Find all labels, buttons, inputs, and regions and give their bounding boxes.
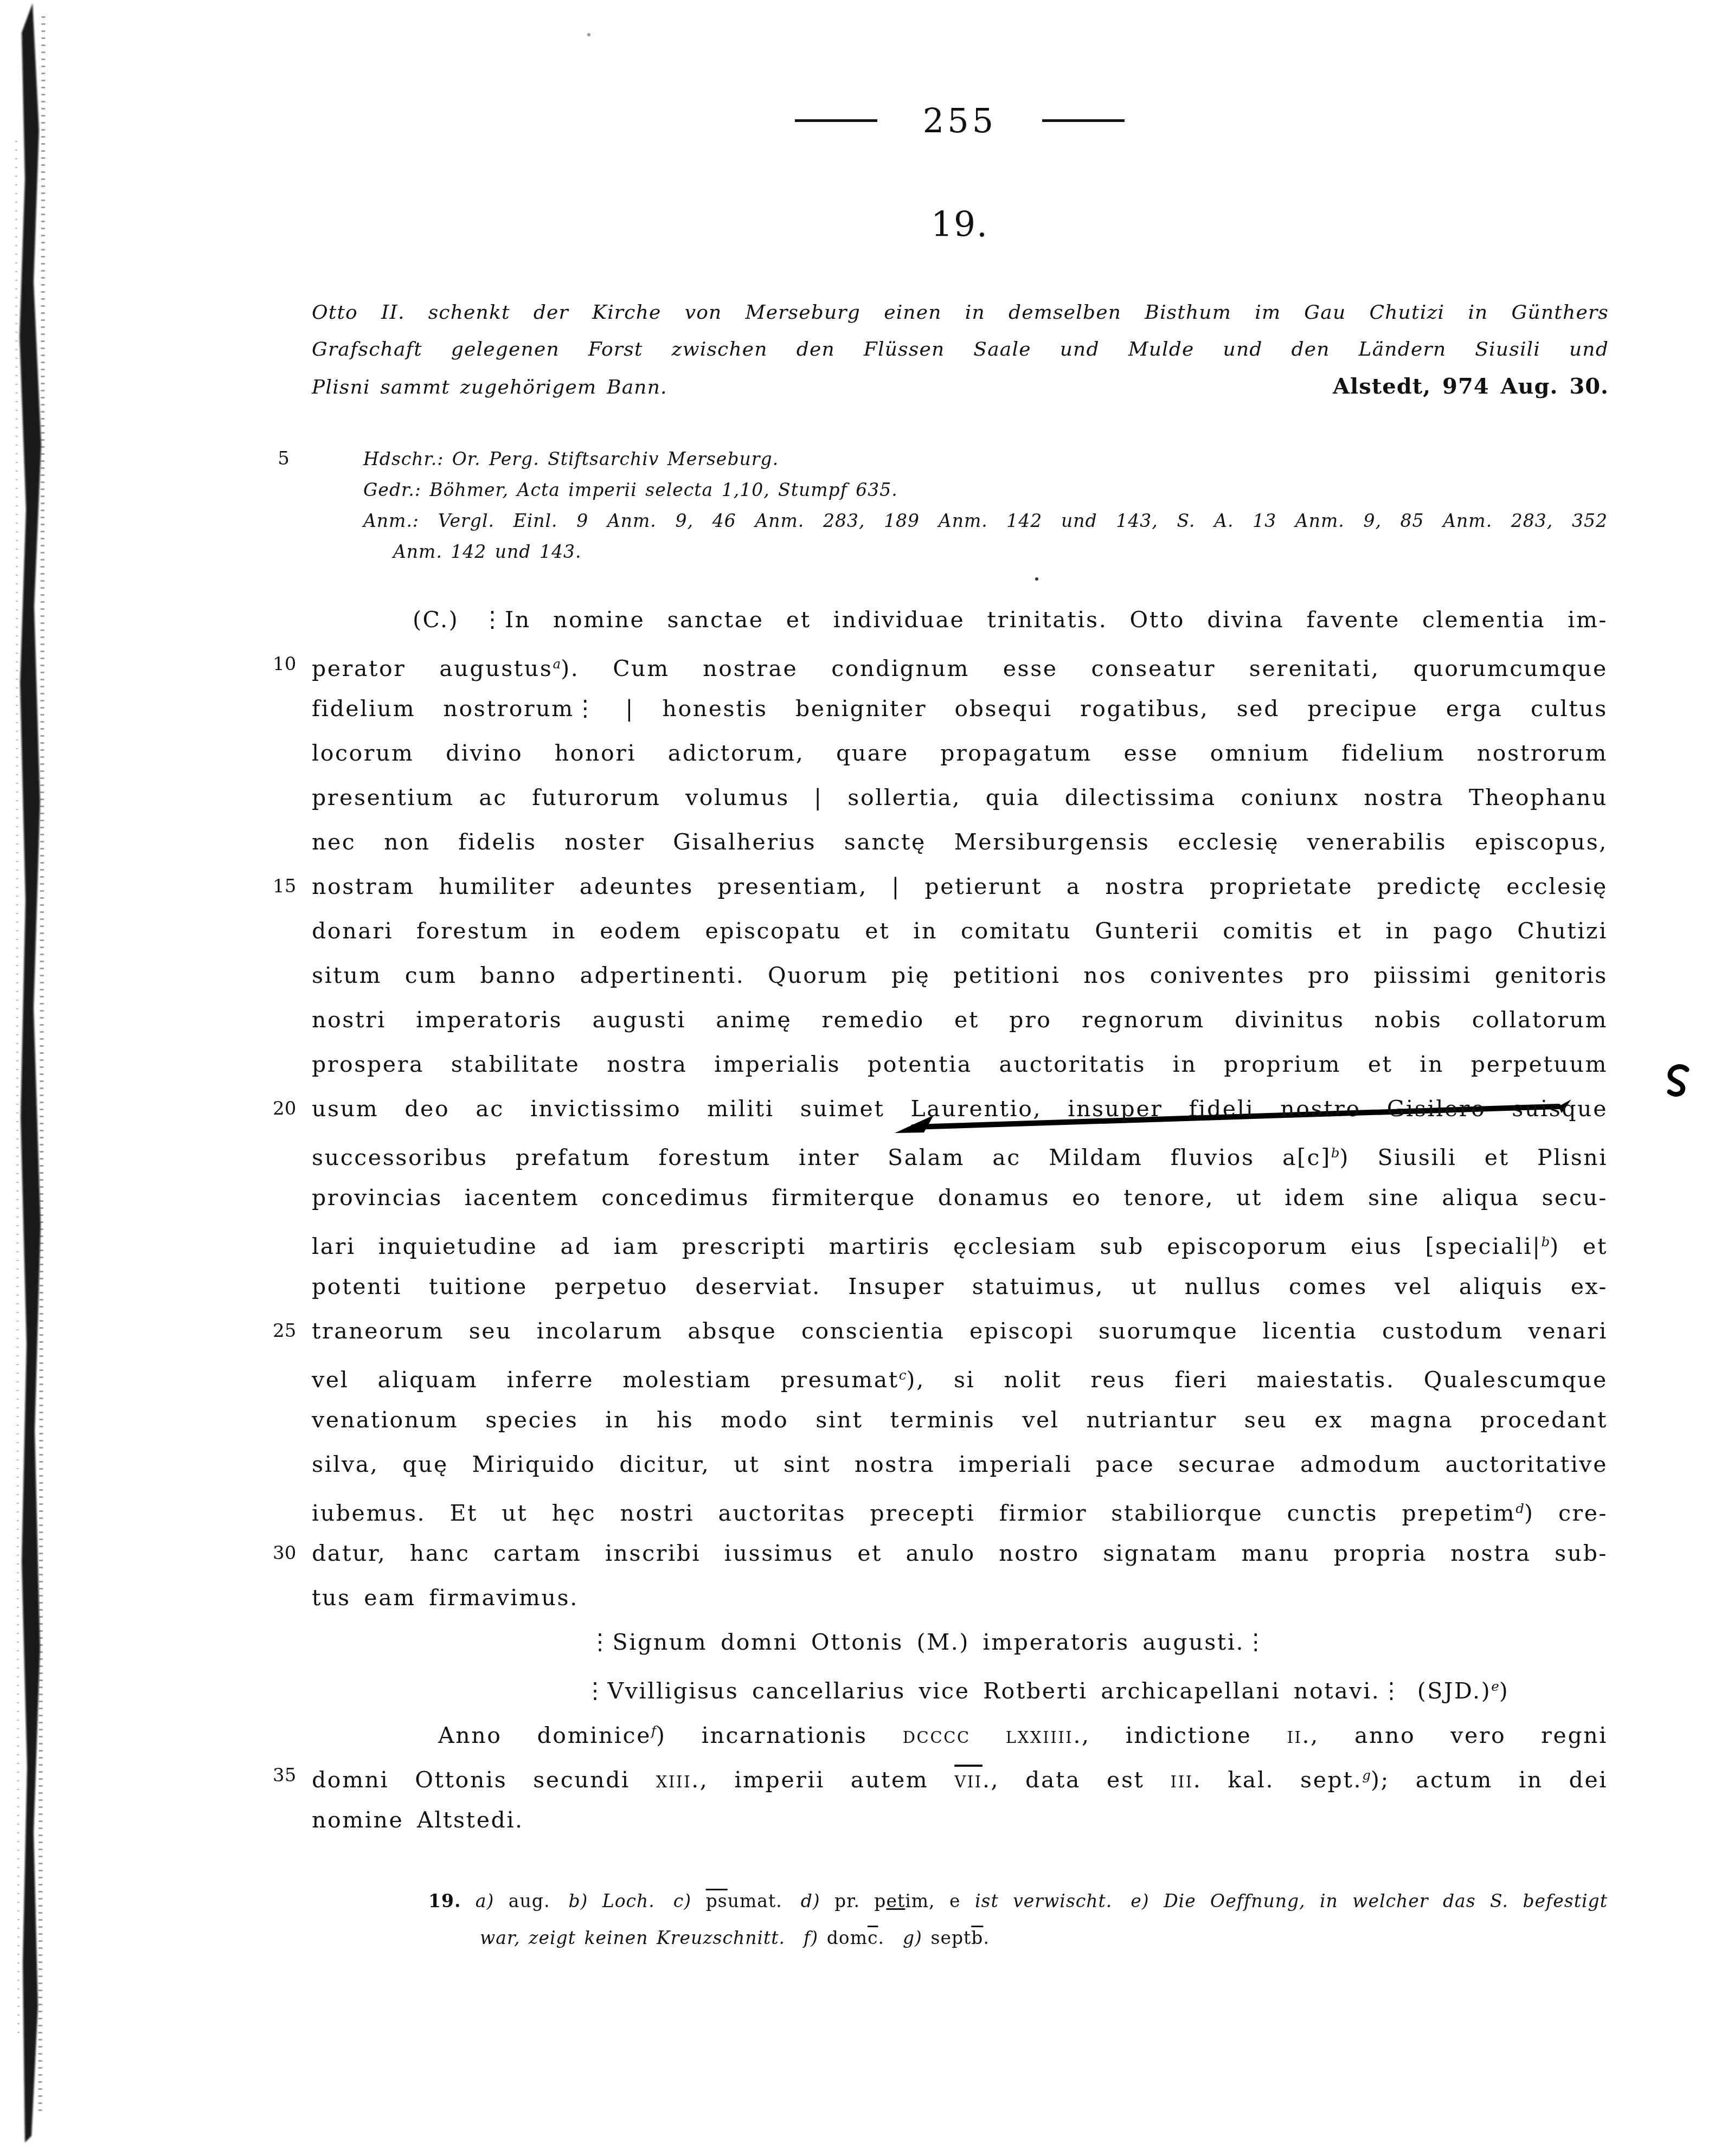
body-line-text: donari forestum in eodem episcopatu et i… bbox=[312, 918, 1608, 944]
summary-line: Grafschaft gelegenen Forst zwischen den … bbox=[312, 331, 1609, 368]
regest-summary: Otto II. schenkt der Kirche von Mersebur… bbox=[312, 294, 1609, 406]
body-line-text: fidelium nostrorum⋮ | honestis benignite… bbox=[312, 696, 1608, 722]
footnote-line: war, zeigt keinen Kreuzschnitt. f) domc.… bbox=[428, 1920, 1608, 1957]
body-line: 20usum deo ac invictissimo militi suimet… bbox=[312, 1086, 1608, 1131]
page-header: 255 bbox=[312, 101, 1608, 140]
body-line: venationum species in his modo sint term… bbox=[312, 1398, 1608, 1442]
body-line: 35domni Ottonis secundi xiii., imperii a… bbox=[312, 1753, 1608, 1798]
source-block: 5Hdschr.: Or. Perg. Stiftsarchiv Mersebu… bbox=[363, 443, 1608, 567]
body-line-text: perator augustusa). Cum nostrae condignu… bbox=[312, 655, 1608, 681]
body-line: situm cum banno adpertinenti. Quorum pię… bbox=[312, 953, 1608, 997]
body-line-text: ⋮Vvilligisus cancellarius vice Rotberti … bbox=[584, 1678, 1509, 1704]
body-line-text: nostri imperatoris augusti animę remedio… bbox=[312, 1007, 1608, 1033]
body-line: 10perator augustusa). Cum nostrae condig… bbox=[312, 642, 1608, 686]
body-line: (C.) ⋮In nomine sanctae et individuae tr… bbox=[312, 597, 1608, 642]
footnote-block: 19. a) aug. b) Loch. c) psumat. d) pr. p… bbox=[428, 1883, 1608, 1957]
body-line-text: lari inquietudine ad iam prescripti mart… bbox=[312, 1233, 1608, 1259]
body-line-text: nostram humiliter adeuntes presentiam, |… bbox=[312, 873, 1608, 899]
body-line: donari forestum in eodem episcopatu et i… bbox=[312, 909, 1608, 953]
body-line-text: locorum divino honori adictorum, quare p… bbox=[312, 740, 1608, 766]
body-line-text: prospera stabilitate nostra imperialis p… bbox=[312, 1051, 1608, 1077]
body-line-text: (C.) ⋮In nomine sanctae et individuae tr… bbox=[413, 607, 1608, 633]
source-line: Anm.: Vergl. Einl. 9 Anm. 9, 46 Anm. 283… bbox=[363, 505, 1608, 536]
left-scan-band-artifact bbox=[16, 3, 43, 2142]
body-line: Anno dominicef) incarnationis dcccc lxxi… bbox=[312, 1709, 1608, 1753]
document-number: 19. bbox=[312, 205, 1608, 244]
page-number: 255 bbox=[923, 101, 997, 140]
handwritten-s-annotation bbox=[1669, 1067, 1687, 1095]
body-line-text: iubemus. Et ut hęc nostri auctoritas pre… bbox=[312, 1500, 1608, 1526]
summary-line: Otto II. schenkt der Kirche von Mersebur… bbox=[312, 294, 1609, 331]
body-line: lari inquietudine ad iam prescripti mart… bbox=[312, 1220, 1608, 1264]
source-line: 5Hdschr.: Or. Perg. Stiftsarchiv Mersebu… bbox=[363, 443, 1608, 474]
body-line-text: Anno dominicef) incarnationis dcccc lxxi… bbox=[438, 1722, 1608, 1748]
body-line-text: silva, quę Miriquido dicitur, ut sint no… bbox=[312, 1451, 1608, 1477]
body-line: nostri imperatoris augusti animę remedio… bbox=[312, 997, 1608, 1042]
body-line: vel aliquam inferre molestiam presumatc)… bbox=[312, 1353, 1608, 1398]
margin-line-number: 25 bbox=[273, 1309, 300, 1353]
body-line: 25traneorum seu incolarum absque conscie… bbox=[312, 1309, 1608, 1353]
body-line: prospera stabilitate nostra imperialis p… bbox=[312, 1042, 1608, 1086]
place-date: Alstedt, 974 Aug. 30. bbox=[1333, 368, 1609, 405]
body-line-text: presentium ac futurorum volumus | soller… bbox=[312, 784, 1608, 810]
body-line: tus eam firmavimus. bbox=[312, 1575, 1608, 1620]
body-line-text: traneorum seu incolarum absque conscient… bbox=[312, 1318, 1608, 1344]
body-line: provincias iacentem concedimus firmiterq… bbox=[312, 1175, 1608, 1220]
header-rule-left bbox=[795, 119, 877, 122]
margin-line-number: 5 bbox=[268, 443, 290, 474]
body-line: potenti tuitione perpetuo deserviat. Ins… bbox=[312, 1264, 1608, 1309]
body-line: silva, quę Miriquido dicitur, ut sint no… bbox=[312, 1442, 1608, 1486]
margin-line-number: 20 bbox=[273, 1086, 300, 1131]
margin-line-number: 35 bbox=[273, 1753, 300, 1798]
header-rule-right bbox=[1042, 119, 1125, 122]
body-line: iubemus. Et ut hęc nostri auctoritas pre… bbox=[312, 1486, 1608, 1531]
scanned-document-page: 255 19. Otto II. schenkt der Kirche von … bbox=[0, 0, 1721, 2156]
body-line: ⋮Signum domni Ottonis (M.) imperatoris a… bbox=[312, 1620, 1608, 1664]
footnote-line: 19. a) aug. b) Loch. c) psumat. d) pr. p… bbox=[428, 1883, 1608, 1920]
body-line-text: nec non fidelis noster Gisalherius sanct… bbox=[312, 829, 1608, 855]
body-line-text: tus eam firmavimus. bbox=[312, 1585, 579, 1611]
body-line-text: situm cum banno adpertinenti. Quorum pię… bbox=[312, 962, 1608, 988]
body-line: presentium ac futurorum volumus | soller… bbox=[312, 775, 1608, 820]
summary-last-line: Plisni sammt zugehörigem Bann. Alstedt, … bbox=[312, 368, 1609, 406]
margin-line-number: 15 bbox=[273, 864, 300, 909]
body-line: fidelium nostrorum⋮ | honestis benignite… bbox=[312, 686, 1608, 731]
body-line: ⋮Vvilligisus cancellarius vice Rotberti … bbox=[312, 1664, 1608, 1709]
body-line-text: vel aliquam inferre molestiam presumatc)… bbox=[312, 1367, 1608, 1393]
body-line-text: nomine Altstedi. bbox=[312, 1807, 524, 1833]
body-line: locorum divino honori adictorum, quare p… bbox=[312, 731, 1608, 775]
margin-line-number: 10 bbox=[273, 642, 300, 686]
source-line: Anm. 142 und 143. bbox=[363, 536, 1608, 567]
body-line: successoribus prefatum forestum inter Sa… bbox=[312, 1131, 1608, 1175]
body-text: (C.) ⋮In nomine sanctae et individuae tr… bbox=[312, 597, 1608, 1842]
body-line-text: potenti tuitione perpetuo deserviat. Ins… bbox=[312, 1273, 1608, 1299]
ink-speck bbox=[587, 33, 590, 36]
body-line-text: datur, hanc cartam inscribi iussimus et … bbox=[312, 1540, 1608, 1566]
body-line-text: usum deo ac invictissimo militi suimet L… bbox=[312, 1096, 1608, 1122]
body-line-text: successoribus prefatum forestum inter Sa… bbox=[312, 1144, 1608, 1170]
summary-line: Plisni sammt zugehörigem Bann. bbox=[312, 369, 667, 406]
body-line-text: domni Ottonis secundi xiii., imperii aut… bbox=[312, 1767, 1608, 1793]
body-line: nomine Altstedi. bbox=[312, 1798, 1608, 1842]
body-line-text: ⋮Signum domni Ottonis (M.) imperatoris a… bbox=[589, 1629, 1268, 1655]
body-line: nec non fidelis noster Gisalherius sanct… bbox=[312, 820, 1608, 864]
body-line-text: venationum species in his modo sint term… bbox=[312, 1407, 1608, 1433]
source-line: Gedr.: Böhmer, Acta imperii selecta 1,10… bbox=[363, 474, 1608, 505]
ink-speck bbox=[1035, 577, 1038, 581]
source-line-text: Hdschr.: Or. Perg. Stiftsarchiv Mersebur… bbox=[363, 448, 779, 469]
body-line: 15nostram humiliter adeuntes presentiam,… bbox=[312, 864, 1608, 909]
body-line-text: provincias iacentem concedimus firmiterq… bbox=[312, 1185, 1608, 1211]
margin-line-number: 30 bbox=[273, 1531, 300, 1575]
body-line: 30datur, hanc cartam inscribi iussimus e… bbox=[312, 1531, 1608, 1575]
